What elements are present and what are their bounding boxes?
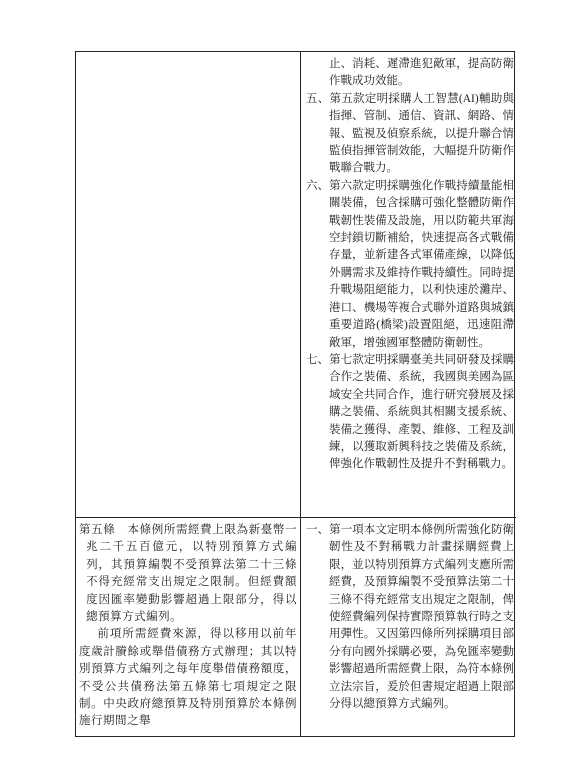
item-marker: 一、 <box>306 524 329 536</box>
explanation-item-continued: 止、消耗、遲滯進犯敵軍，提高防衛作戰成功效能。 <box>306 56 514 91</box>
article-cell-row1 <box>76 52 301 518</box>
explanation-item-text: 第一項本文定明本條例所需強化防衛韌性及不對稱戰力計畫採購經費上限，並以特別預算方… <box>329 524 514 710</box>
explanation-item-1: 一、第一項本文定明本條例所需強化防衛韌性及不對稱戰力計畫採購經費上限，並以特別預… <box>306 522 514 713</box>
item-marker: 六、 <box>306 180 329 192</box>
explanation-item-text: 第七款定明採購臺美共同研發及採購合作之裝備、系統，我國與美國為區域安全共同合作，… <box>329 354 514 470</box>
explanation-item-text: 第六款定明採購強化作戰持續量能相關裝備，包含採購可強化整體防衛作戰韌性裝備及設施… <box>329 180 514 349</box>
comparison-table: 止、消耗、遲滯進犯敵軍，提高防衛作戰成功效能。 五、第五款定明採購人工智慧(AI… <box>75 51 515 737</box>
article-cell-row2: 第五條 本條例所需經費上限為新臺幣一兆二千五百億元，以特別預算方式編列，其預算編… <box>76 518 301 736</box>
article-paragraph-1: 第五條 本條例所需經費上限為新臺幣一兆二千五百億元，以特別預算方式編列，其預算編… <box>79 522 297 626</box>
explanation-item-text: 止、消耗、遲滯進犯敵軍，提高防衛作戰成功效能。 <box>329 58 514 87</box>
item-marker: 五、 <box>306 93 330 105</box>
document-page: 止、消耗、遲滯進犯敵軍，提高防衛作戰成功效能。 五、第五款定明採購人工智慧(AI… <box>0 0 586 766</box>
explanation-item-7: 七、第七款定明採購臺美共同研發及採購合作之裝備、系統，我國與美國為區域安全共同合… <box>306 352 514 474</box>
item-marker: 七、 <box>306 354 329 366</box>
explanation-item-6: 六、第六款定明採購強化作戰持續量能相關裝備，包含採購可強化整體防衛作戰韌性裝備及… <box>306 178 514 352</box>
explanation-cell-row1: 止、消耗、遲滯進犯敵軍，提高防衛作戰成功效能。 五、第五款定明採購人工智慧(AI… <box>301 52 516 518</box>
article-paragraph-2: 前項所需經費來源，得以移用以前年度歲計賸餘或舉借債務方式辦理；其以特別預算方式編… <box>79 626 297 730</box>
explanation-item-text: 第五款定明採購人工智慧(AI)輔助與指揮、管制、通信、資訊、網路、情報、監視及偵… <box>329 93 514 175</box>
explanation-item-5: 五、第五款定明採購人工智慧(AI)輔助與指揮、管制、通信、資訊、網路、情報、監視… <box>306 91 514 178</box>
explanation-cell-row2: 一、第一項本文定明本條例所需強化防衛韌性及不對稱戰力計畫採購經費上限，並以特別預… <box>301 518 516 736</box>
